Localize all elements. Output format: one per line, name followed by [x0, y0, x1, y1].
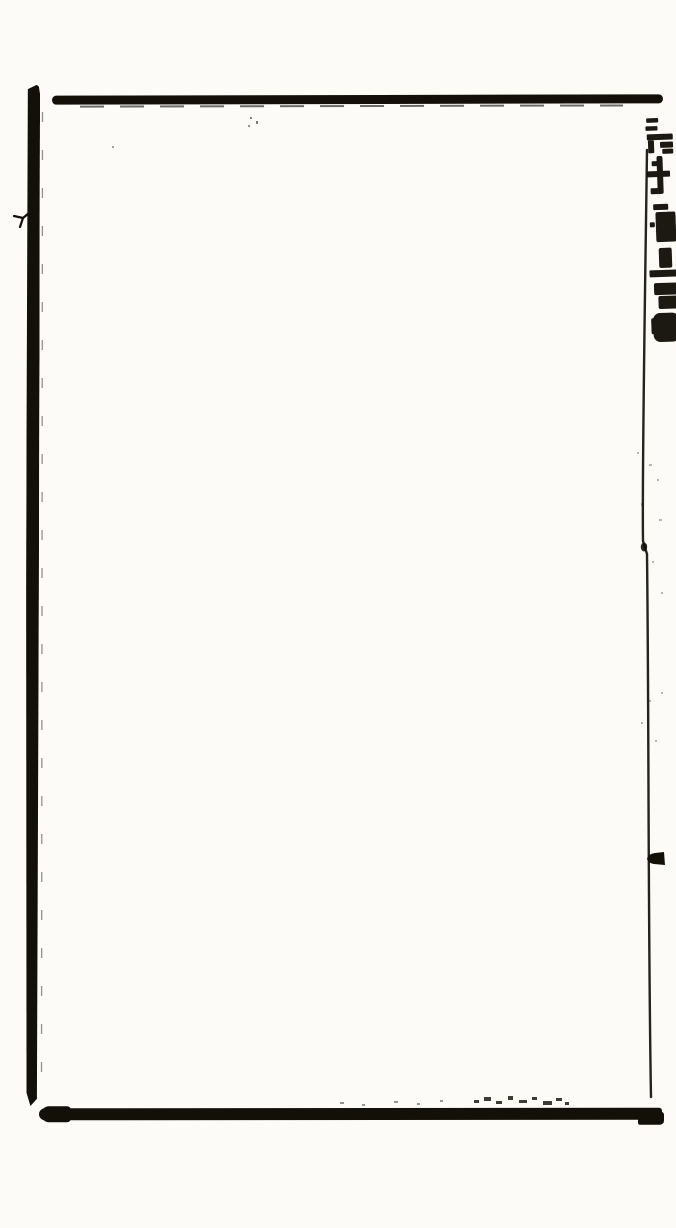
noise-specks-right: [637, 452, 663, 742]
scanned-book-page: [0, 0, 676, 1228]
ink-marks-overlay: [0, 0, 676, 1228]
noise-specks-top: [112, 117, 258, 148]
right-column-rule: [641, 150, 651, 1097]
handwritten-y-mark: [14, 213, 29, 227]
right-edge-partial-glyphs: [644, 118, 676, 343]
noise-specks-bottom: [340, 1096, 569, 1106]
left-inner-dashed-rule: [42, 112, 43, 1092]
